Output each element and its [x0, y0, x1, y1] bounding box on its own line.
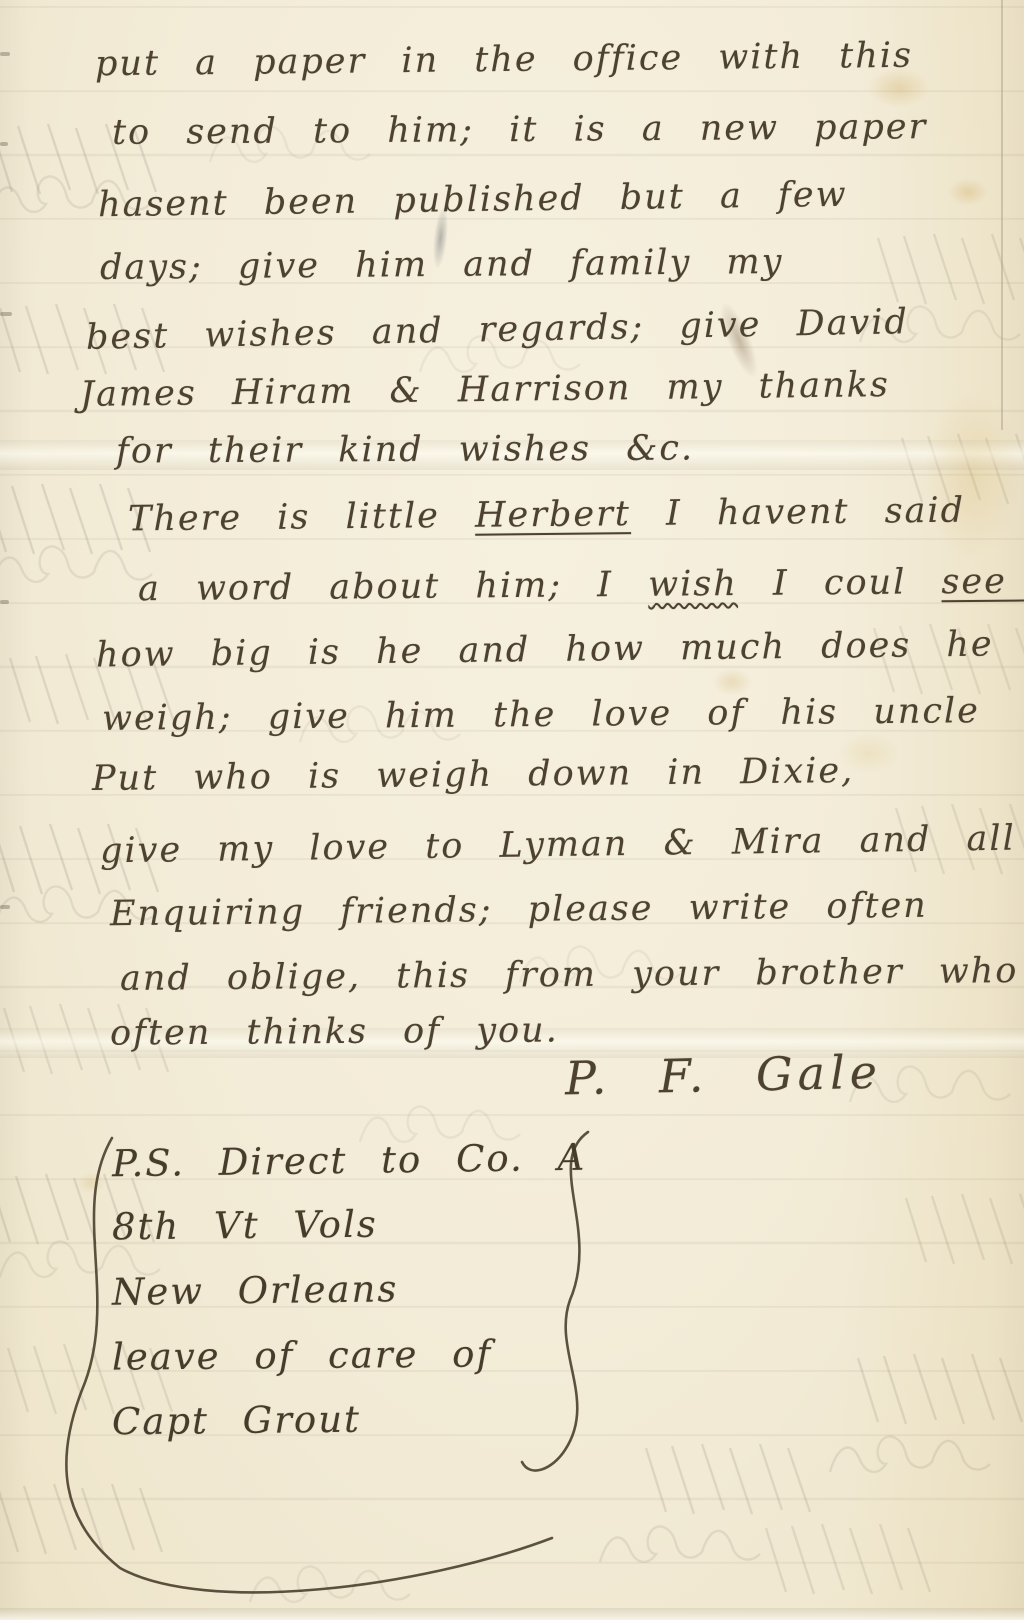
- underlined-words-see-him: see him: [941, 561, 1024, 603]
- letter-line: a word about him; I wish I coul see him: [138, 549, 1024, 622]
- letter-line: how big is he and how much does he: [96, 613, 994, 688]
- letter-line: James Hiram & Harrison my thanks: [80, 353, 891, 427]
- line-segment: There is little: [128, 496, 475, 540]
- underlined-word-herbert: Herbert: [475, 494, 631, 536]
- letter-line: to send to him; it is a new paper: [112, 95, 928, 165]
- page-bottom-edge: [0, 1608, 1024, 1620]
- edge-mark: [0, 142, 8, 146]
- letter-line: There is little Herbert I havent said: [128, 479, 966, 552]
- letter-line: hasent been published but a few: [98, 163, 848, 237]
- ps-line: leave of care of: [112, 1321, 493, 1390]
- underlined-word-wish: wish: [648, 564, 738, 605]
- letter-line: Enquiring friends; please write often: [110, 874, 928, 947]
- signature: P. F. Gale: [564, 1045, 882, 1106]
- line-segment: I coul: [738, 562, 942, 604]
- paper-stain: [76, 1172, 106, 1194]
- ps-line: Capt Grout: [112, 1387, 362, 1456]
- letter-line: for their kind wishes &c.: [116, 416, 694, 483]
- edge-mark: [0, 905, 10, 909]
- paper-stain: [948, 178, 988, 206]
- edge-mark: [0, 52, 10, 56]
- edge-mark: [0, 312, 12, 316]
- page-edge-line: [1001, 0, 1003, 430]
- line-segment: I havent said: [631, 491, 966, 534]
- letter-line: Put who is weigh down in Dixie,: [92, 739, 855, 811]
- handwritten-letter-page: put a paper in the office with this to s…: [0, 0, 1024, 1620]
- ps-line: P.S. Direct to Co. A: [112, 1125, 587, 1198]
- letter-line: put a paper in the office with this: [95, 24, 914, 97]
- letter-line: give my love to Lyman & Mira and all: [100, 807, 1017, 884]
- letter-line: often thinks of you.: [110, 998, 559, 1065]
- ps-line: New Orleans: [112, 1256, 399, 1325]
- letter-line: days; give him and family my: [100, 230, 784, 300]
- line-segment: a word about him; I: [138, 565, 648, 609]
- edge-mark: [0, 600, 9, 604]
- ps-line: 8th Vt Vols: [112, 1192, 378, 1261]
